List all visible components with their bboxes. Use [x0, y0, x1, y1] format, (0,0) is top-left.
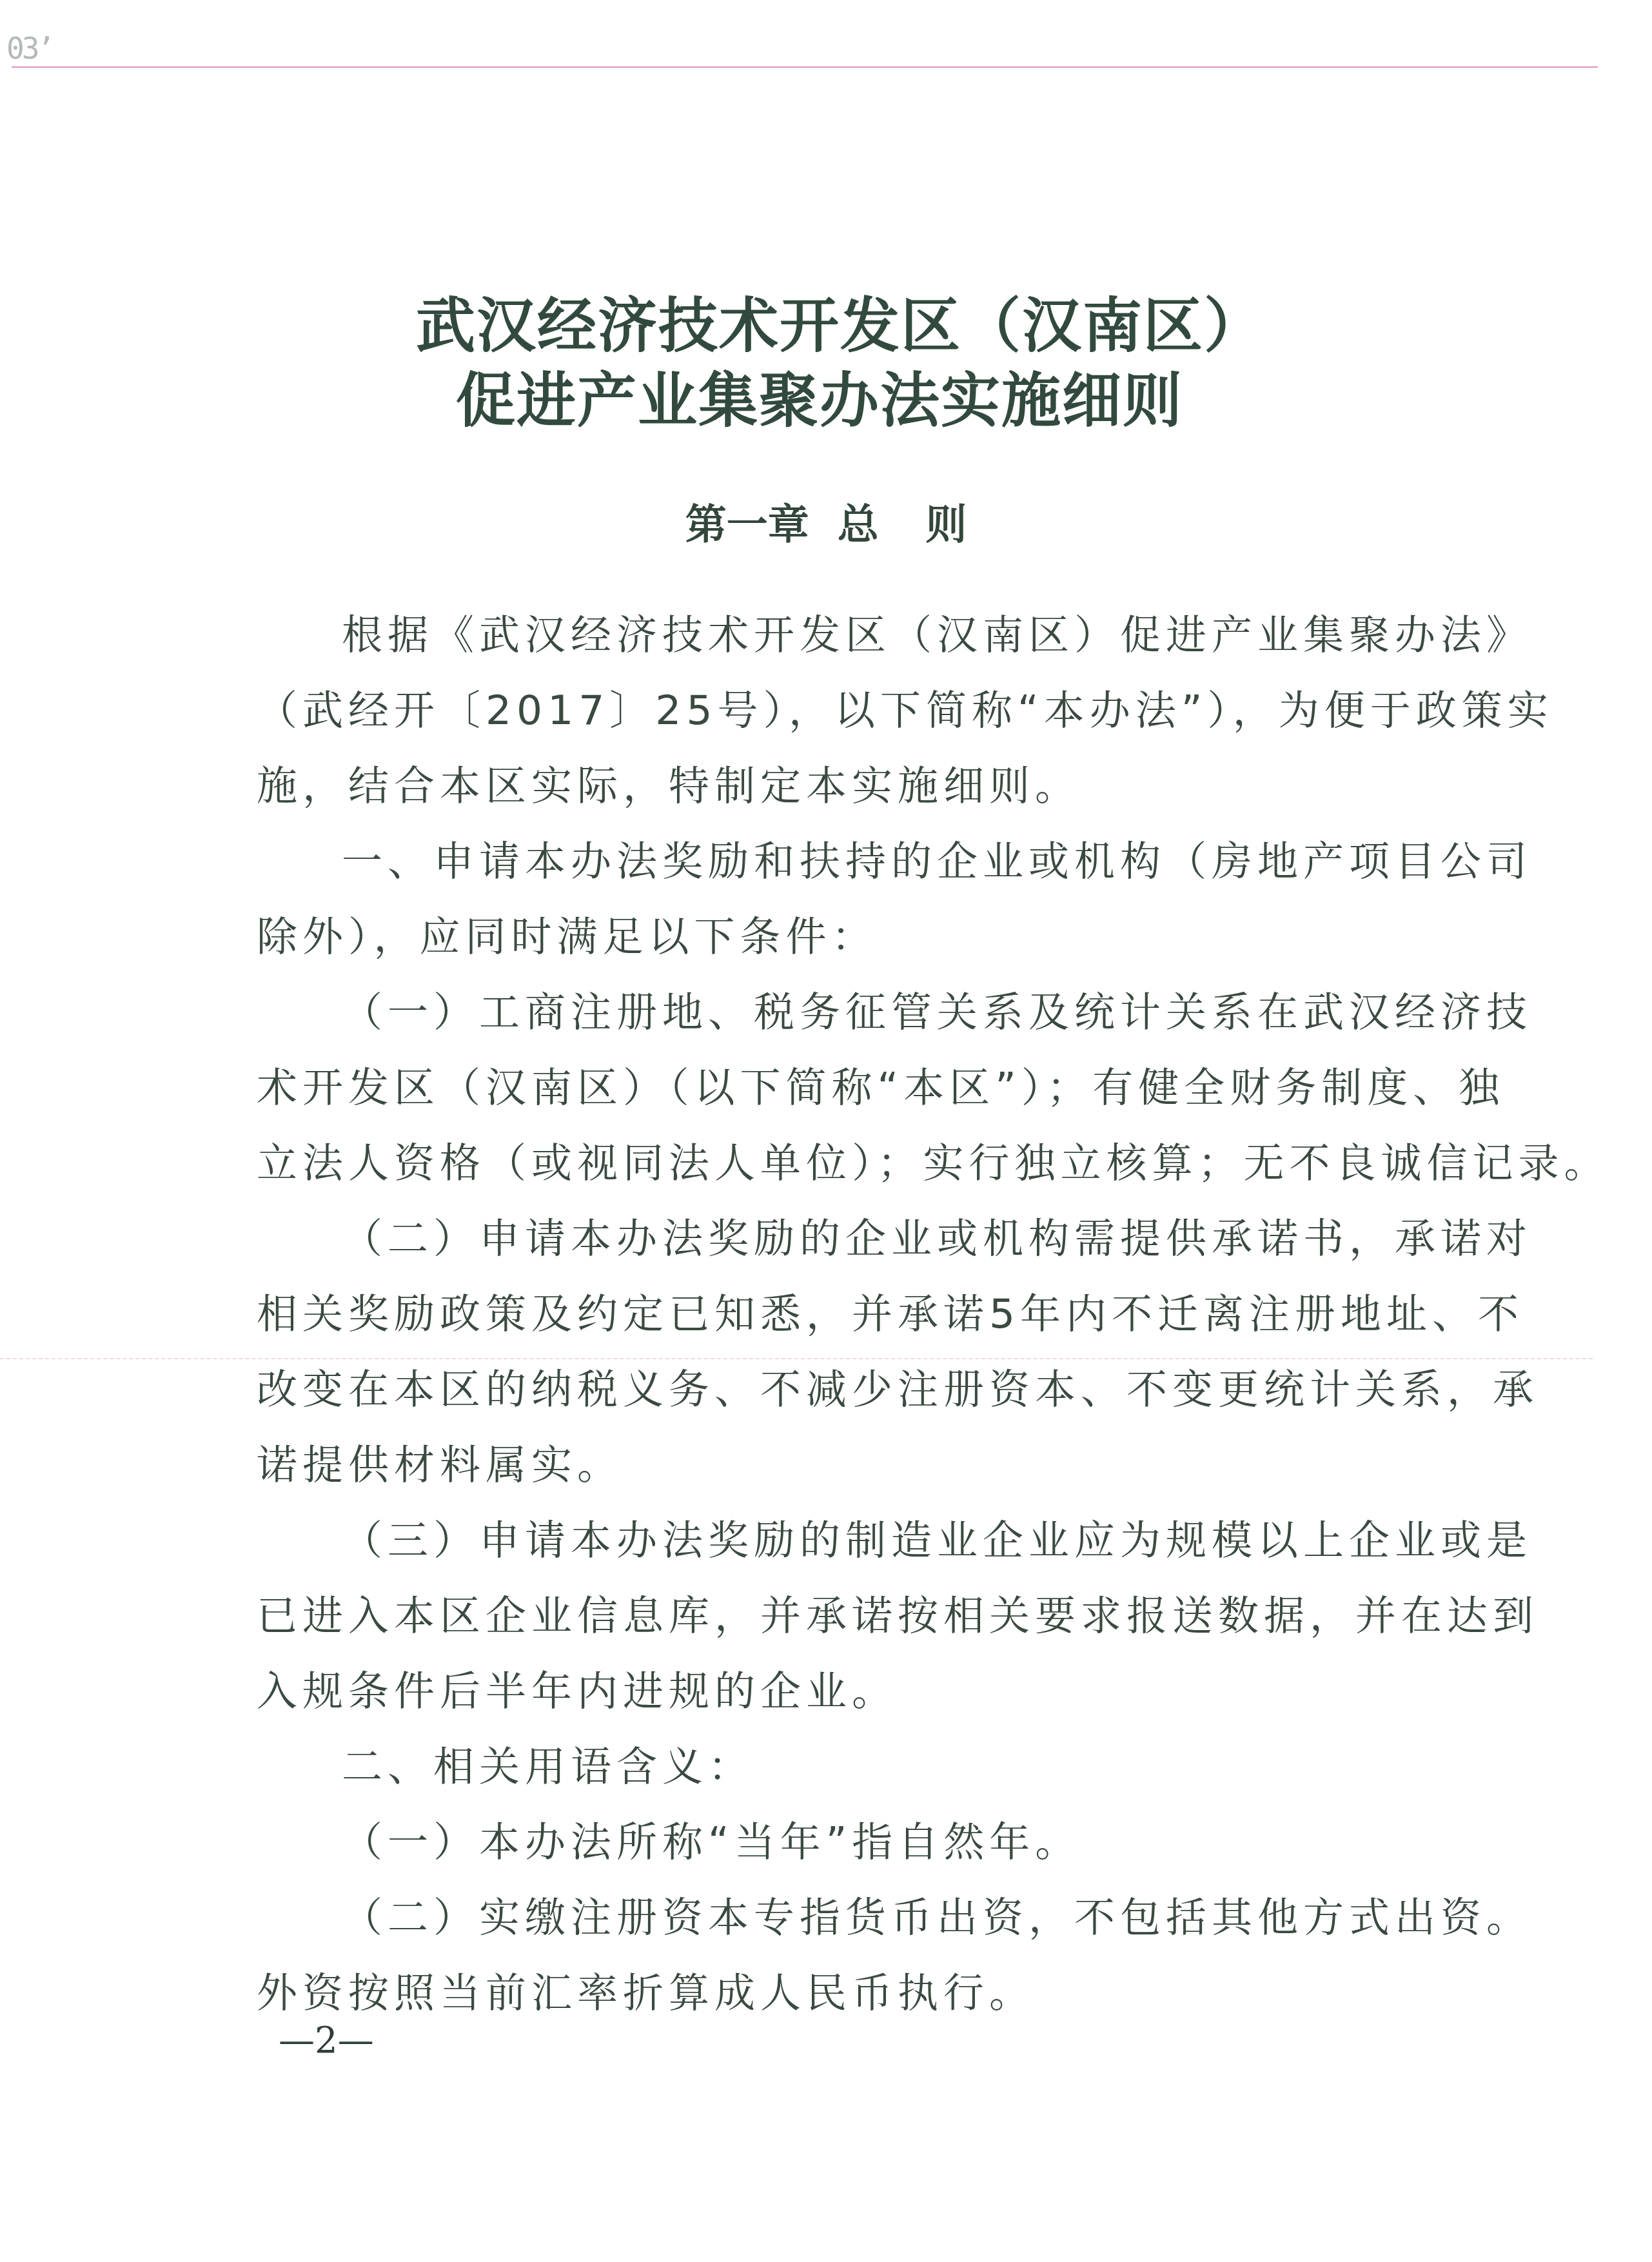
- text-line: 施，结合本区实际，特制定本实施细则。: [257, 748, 1469, 823]
- page-number: —2—: [279, 2020, 374, 2061]
- text-line: 诺提供材料属实。: [257, 1427, 1469, 1502]
- text-line: （二）实缴注册资本专指货币出资，不包括其他方式出资。: [257, 1880, 1469, 1955]
- text-line: （三）申请本办法奖励的制造业企业应为规模以上企业或是: [257, 1502, 1469, 1578]
- document-title-line-1: 武汉经济技术开发区（汉南区）: [14, 279, 1652, 364]
- scan-header-rule: [12, 66, 1598, 68]
- text-line: 根据《武汉经济技术开发区（汉南区）促进产业集聚办法》: [257, 597, 1469, 673]
- text-line: 立法人资格（或视同法人单位）；实行独立核算；无不良诚信记录。: [257, 1125, 1469, 1201]
- text-line: 术开发区（汉南区）（以下简称“本区”）；有健全财务制度、独: [257, 1050, 1469, 1125]
- text-line: 已进入本区企业信息库，并承诺按相关要求报送数据，并在达到: [257, 1578, 1469, 1653]
- document-title-line-2: 促进产业集聚办法实施细则: [0, 353, 1646, 438]
- text-line: 外资按照当前汇率折算成人民币执行。: [257, 1955, 1469, 2031]
- text-line: 一、申请本办法奖励和扶持的企业或机构（房地产项目公司: [257, 823, 1469, 899]
- document-body: 根据《武汉经济技术开发区（汉南区）促进产业集聚办法》（武经开〔2017〕25号）…: [257, 597, 1469, 2031]
- text-line: 改变在本区的纳税义务、不减少注册资本、不变更统计关系，承: [257, 1352, 1469, 1427]
- chapter-number: 第一章: [685, 501, 809, 549]
- text-line: （武经开〔2017〕25号），以下简称“本办法”），为便于政策实: [257, 673, 1469, 748]
- text-line: 二、相关用语含义：: [257, 1729, 1469, 1804]
- text-line: （一）本办法所称“当年”指自然年。: [257, 1804, 1469, 1880]
- text-line: （一）工商注册地、税务征管关系及统计关系在武汉经济技: [257, 974, 1469, 1050]
- chapter-heading: 第一章总 则: [0, 491, 1652, 551]
- text-line: 入规条件后半年内进规的企业。: [257, 1653, 1469, 1729]
- text-line: （二）申请本办法奖励的企业或机构需提供承诺书，承诺对: [257, 1201, 1469, 1276]
- text-line: 相关奖励政策及约定已知悉，并承诺5年内不迁离注册地址、不: [257, 1276, 1469, 1352]
- scan-corner-mark: 03’: [6, 31, 52, 66]
- chapter-name: 总 则: [838, 501, 967, 549]
- text-line: 除外），应同时满足以下条件：: [257, 899, 1469, 974]
